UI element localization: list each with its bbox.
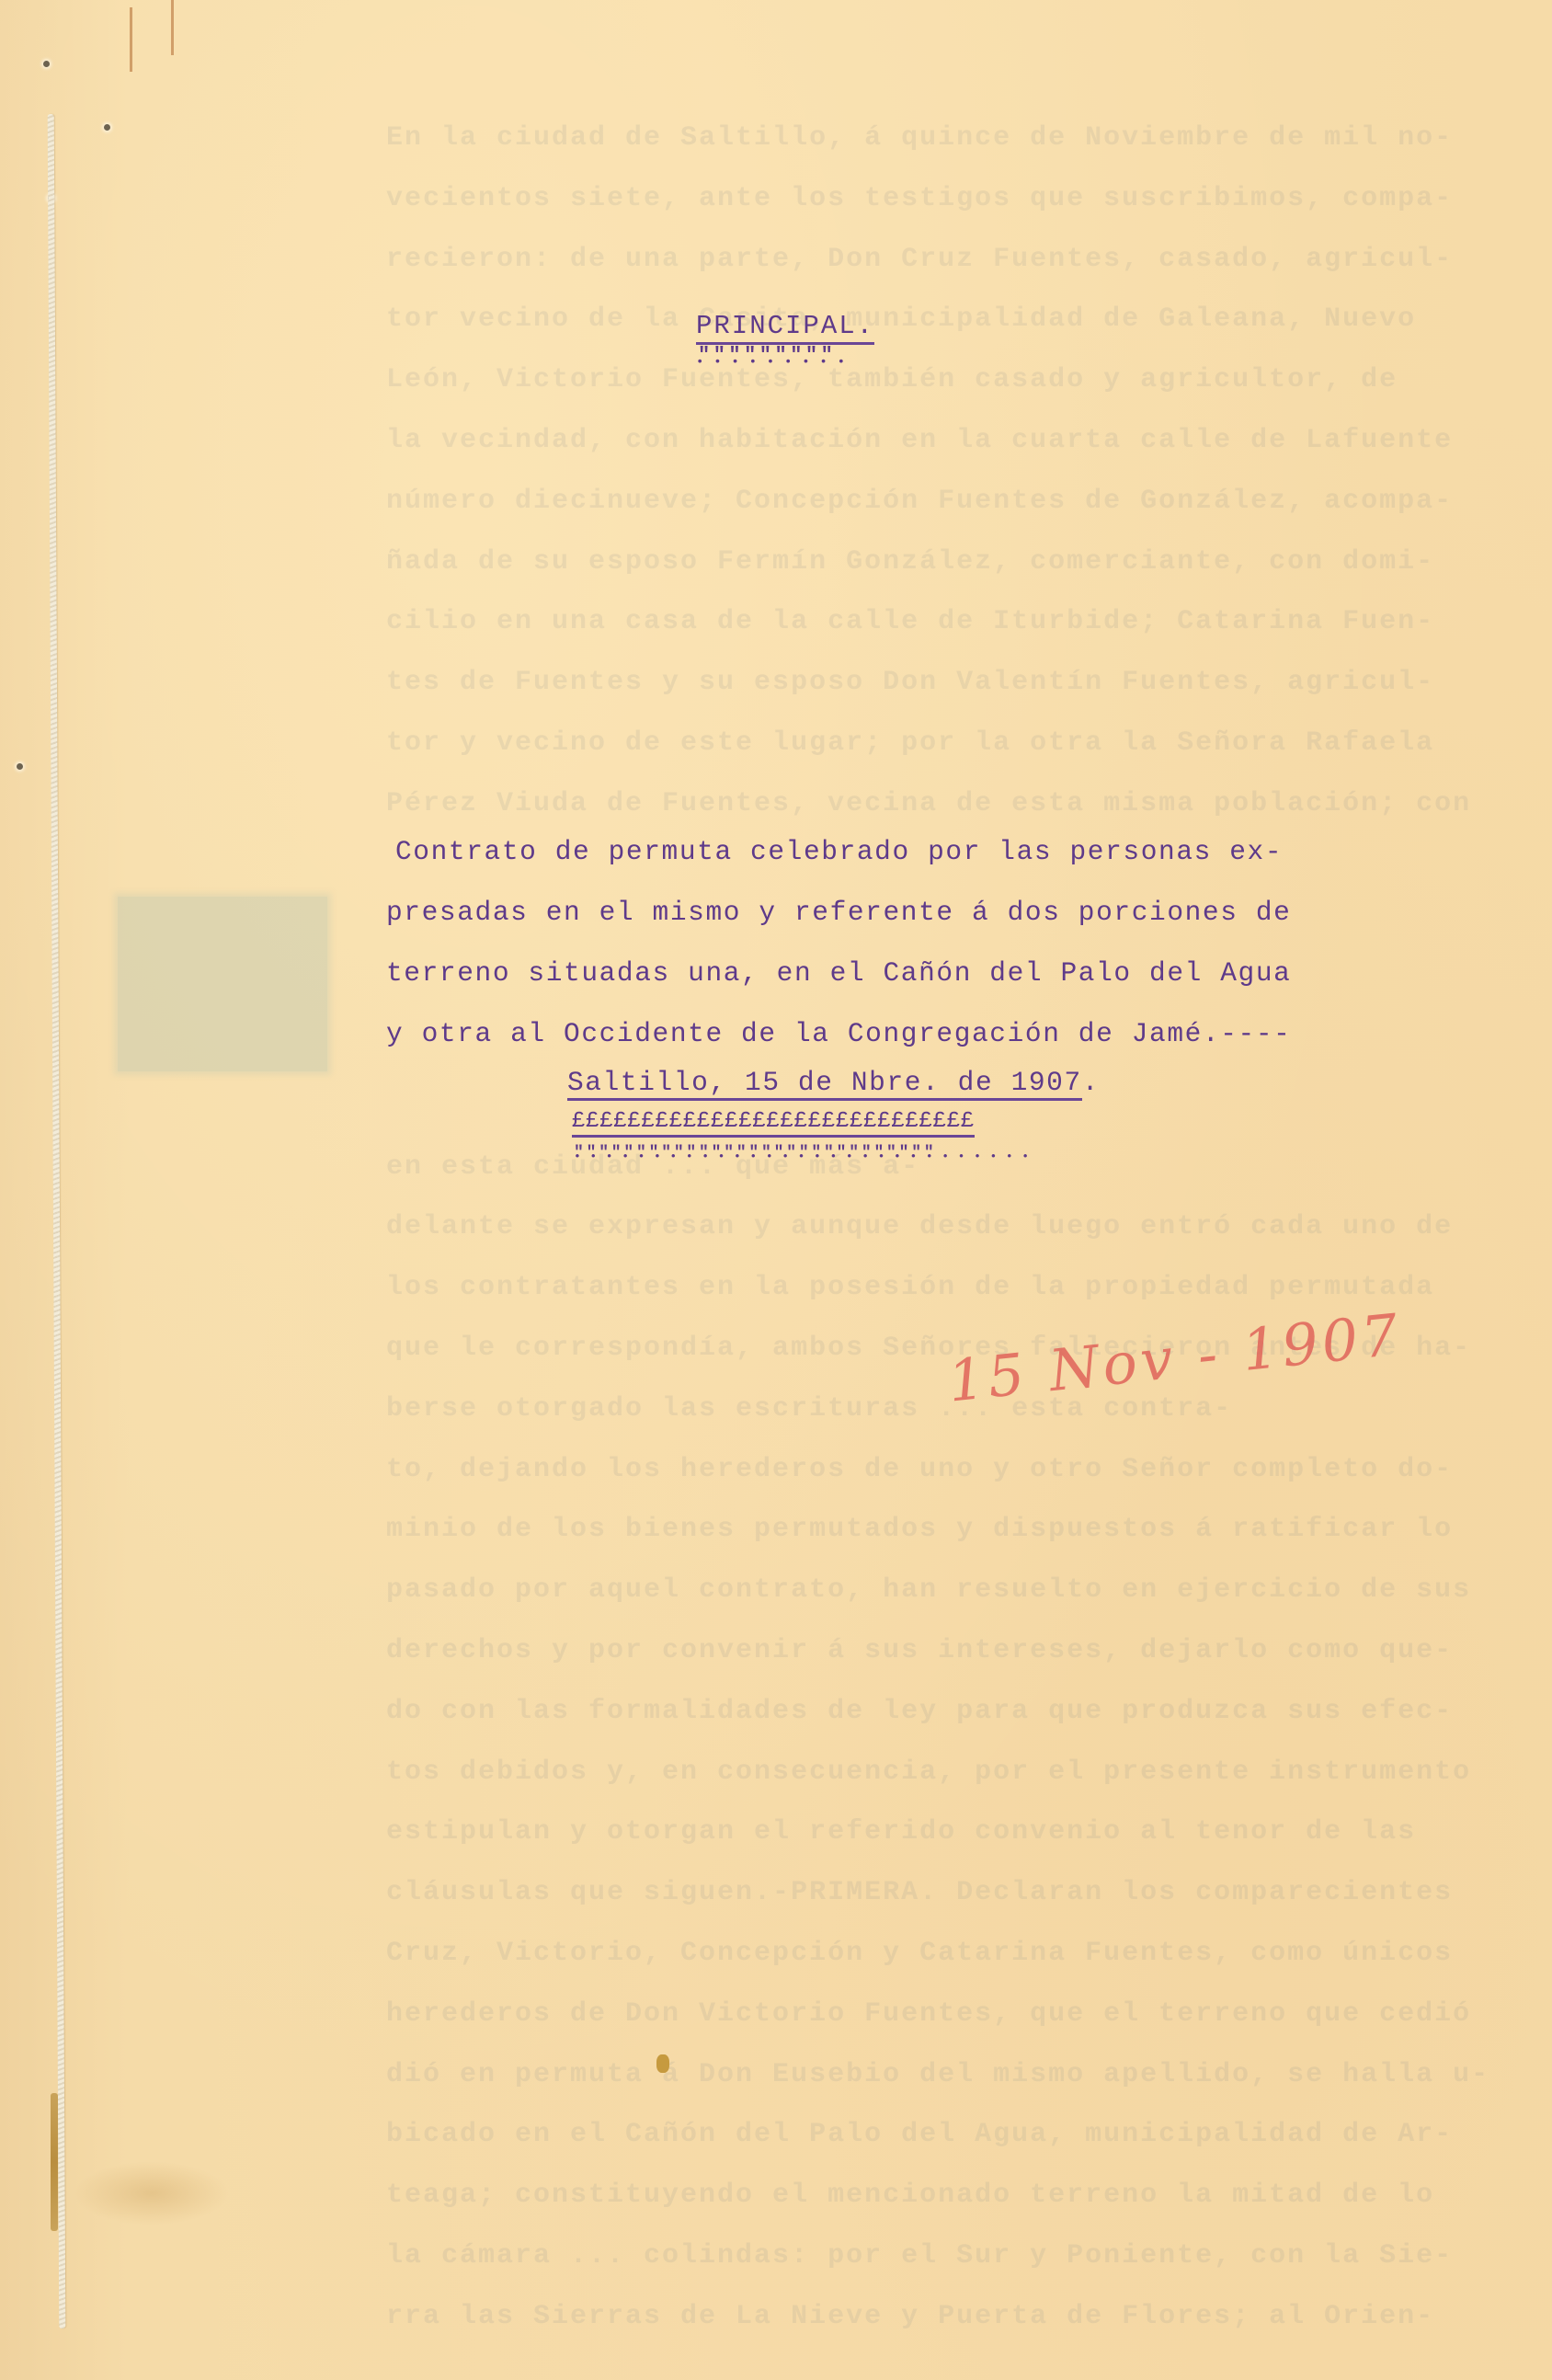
binding-hole bbox=[17, 763, 23, 770]
binding-string-stain bbox=[51, 2093, 58, 2231]
summary-line: terreno situadas una, en el Cañón del Pa… bbox=[386, 943, 1361, 1003]
ghost-line: berse otorgado las escrituras ... esta c… bbox=[386, 1379, 1471, 1440]
ghost-line: tor vecino de la Casita, municipalidad d… bbox=[386, 290, 1471, 350]
ghost-line: derechos y por convenir á sus intereses,… bbox=[386, 1621, 1471, 1682]
document-heading: PRINCIPAL. bbox=[696, 311, 874, 341]
ghost-line: tor y vecino de este lugar; por la otra … bbox=[386, 714, 1471, 774]
ghost-line: tes de Fuentes y su esposo Don Valentín … bbox=[386, 653, 1471, 714]
ghost-line: vecientos siete, ante los testigos que s… bbox=[386, 169, 1471, 230]
show-through-text: En la ciudad de Saltillo, á quince de No… bbox=[386, 109, 1471, 2347]
ghost-line: cilio en una casa de la calle de Iturbid… bbox=[386, 592, 1471, 653]
ghost-line: do con las formalidades de ley para que … bbox=[386, 1682, 1471, 1743]
ghost-line: teaga; constituyendo el mencionado terre… bbox=[386, 2166, 1471, 2226]
summary-line: presadas en el mismo y referente á dos p… bbox=[386, 882, 1361, 943]
document-page: En la ciudad de Saltillo, á quince de No… bbox=[0, 0, 1552, 2380]
place-date-period: . bbox=[1082, 1067, 1100, 1098]
ghost-line: número diecinueve; Concepción Fuentes de… bbox=[386, 472, 1471, 532]
ghost-line: recieron: de una parte, Don Cruz Fuentes… bbox=[386, 230, 1471, 291]
heading-text: PRINCIPAL. bbox=[696, 311, 874, 345]
binding-string bbox=[48, 114, 66, 2329]
summary-line: y otra al Occidente de la Congregación d… bbox=[386, 1003, 1361, 1064]
summary-line: Contrato de permuta celebrado por las pe… bbox=[386, 821, 1361, 882]
binding-hole bbox=[43, 61, 50, 67]
ghost-line: ñada de su esposo Fermín González, comer… bbox=[386, 532, 1471, 593]
ghost-line: bicado en el Cañón del Palo del Agua, mu… bbox=[386, 2105, 1471, 2166]
ghost-line: minio de los bienes permutados y dispues… bbox=[386, 1500, 1471, 1561]
ghost-line: la vecindad, con habitación en la cuarta… bbox=[386, 411, 1471, 472]
ghost-line: León, Victorio Fuentes, también casado y… bbox=[386, 350, 1471, 411]
ghost-line: dió en permuta á Don Eusebio del mismo a… bbox=[386, 2045, 1471, 2106]
date-dot-rule: • • • • • • • • • • • • • • • • • • • • … bbox=[574, 1150, 1030, 1163]
place-date: Saltillo, 15 de Nbre. de 1907. bbox=[567, 1067, 1100, 1098]
water-stain bbox=[74, 2161, 230, 2226]
ghost-line: estipulan y otorgan el referido convenio… bbox=[386, 1802, 1471, 1863]
ghost-line: En la ciudad de Saltillo, á quince de No… bbox=[386, 109, 1471, 169]
rust-stain bbox=[171, 0, 174, 55]
binding-hole bbox=[104, 124, 110, 131]
ghost-line: cláusulas que siguen.-PRIMERA. Declaran … bbox=[386, 1863, 1471, 1924]
heading-dot-rule: • • • • • • • • • bbox=[696, 355, 846, 370]
pound-sign-rule: £££££££££££££££££££££££££££££ bbox=[572, 1111, 975, 1138]
rust-stain bbox=[130, 7, 132, 72]
ghost-line: tos debidos y, en consecuencia, por el p… bbox=[386, 1743, 1471, 1803]
ghost-line: pasado por aquel contrato, han resuelto … bbox=[386, 1561, 1471, 1621]
revenue-stamp-show-through bbox=[118, 897, 327, 1071]
ink-blot bbox=[656, 2054, 669, 2073]
place-date-text: Saltillo, 15 de Nbre. de 1907 bbox=[567, 1067, 1082, 1101]
ghost-line: rra las Sierras de La Nieve y Puerta de … bbox=[386, 2287, 1471, 2348]
ghost-line: Cruz, Victorio, Concepción y Catarina Fu… bbox=[386, 1924, 1471, 1985]
ghost-line: delante se expresan y aunque desde luego… bbox=[386, 1197, 1471, 1258]
contract-summary: Contrato de permuta celebrado por las pe… bbox=[386, 821, 1361, 1064]
ghost-line: la cámara ... colindas: por el Sur y Pon… bbox=[386, 2226, 1471, 2287]
ghost-line: to, dejando los herederos de uno y otro … bbox=[386, 1440, 1471, 1501]
ghost-line: herederos de Don Victorio Fuentes, que e… bbox=[386, 1985, 1471, 2045]
